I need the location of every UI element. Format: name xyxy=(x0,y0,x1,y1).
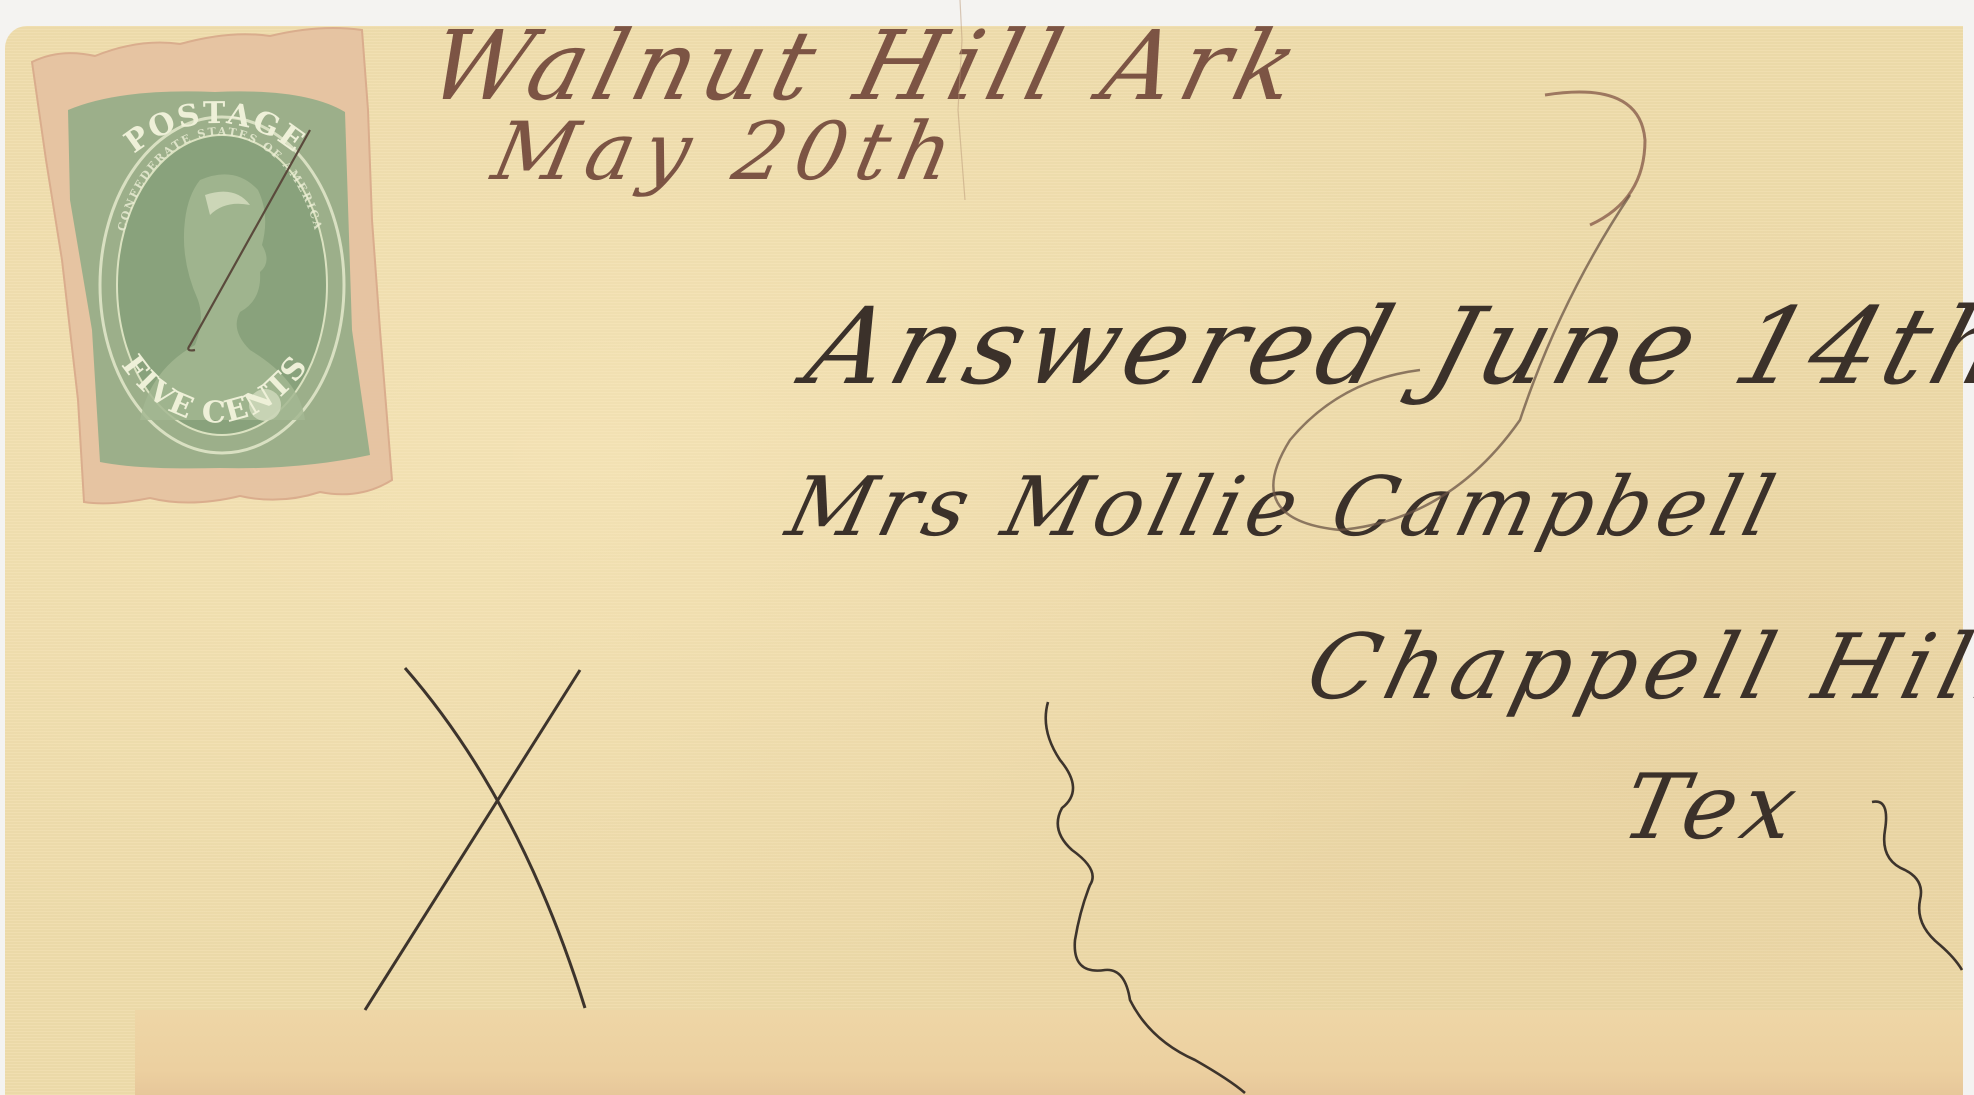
wavy-line-center xyxy=(1046,702,1245,1093)
june-j-descender xyxy=(1273,195,1630,530)
document-canvas: POSTAGE CONFEDERATE STATES OF AMERICA FI… xyxy=(0,0,1974,1095)
fold-crease xyxy=(958,0,965,200)
x-mark xyxy=(365,668,585,1010)
pen-marks xyxy=(0,0,1974,1095)
town-flourish xyxy=(1545,92,1645,225)
wavy-line-right xyxy=(1872,802,1962,970)
